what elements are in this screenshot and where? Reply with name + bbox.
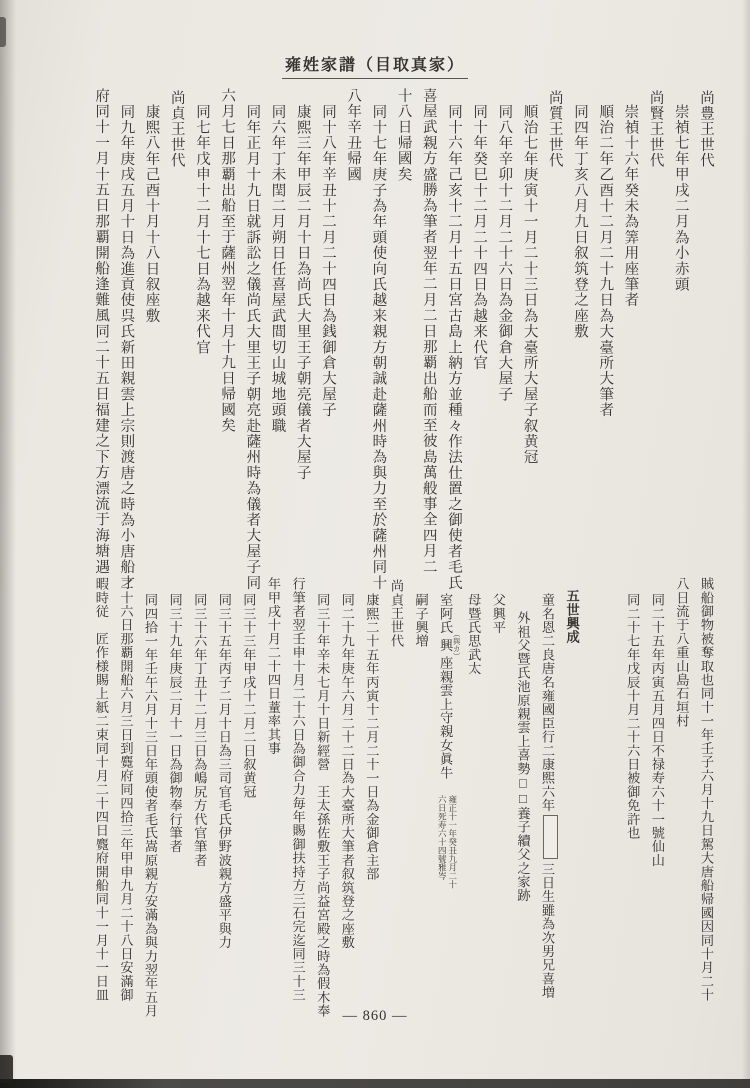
scan-shadow-right: [742, 0, 750, 1088]
era-heading: 尚貞王世代: [383, 577, 408, 1013]
text-column: 同二十七年戊辰十月二十六日被御免許也: [620, 577, 645, 1013]
text-column: 同十八年辛丑十二月二十四日為銭御倉大屋子: [315, 88, 340, 580]
scan-edge-bottom: [0, 1079, 750, 1088]
text-column: 同年正月十九日就訴訟之儀尚氏大里王子朝亮赴薩州時為儀者大屋子同: [239, 88, 264, 580]
text-column: 康煕二十五年丙寅十二月二十一日為金御倉主部: [359, 577, 384, 1013]
text-column: 十八日帰國矣: [390, 88, 415, 580]
text-column: 同十七年庚子為年頭使向氏越来親方朝誠赴薩州時為與力至於薩州同十: [365, 88, 390, 580]
text-column: 同四年丁亥八月九日叙筑登之座敷: [567, 88, 592, 580]
column-text: 童名恩二良唐名雍國臣行二康煕六年: [540, 593, 555, 812]
text-column: 康煕八年己酉十月十八日叙座敷: [138, 88, 163, 580]
text-column: 母暨氏思武太: [461, 577, 486, 1013]
warichu-line: 六日死寿六十四號雅岑: [437, 779, 448, 889]
text-column: 同十六年己亥十二月十五日宮古島上納方並種々作法仕置之御使者毛氏: [441, 88, 466, 580]
scanned-genealogy-page: 雍姓家譜（目取真家） 尚豊王世代崇禎七年甲戌二月為小赤頭尚賢王世代崇禎十六年癸未…: [0, 0, 750, 1088]
text-column: 同四拾一年壬午六月十三日年頭使者毛氏嵩原親方安滿為與力翌年五月: [137, 577, 162, 1013]
text-column: 父興平: [485, 577, 510, 1013]
text-column: 同六年丁未閏二月朔日任喜屋武間切山城地頭職: [264, 88, 289, 580]
text-column: 崇禎七年甲戌二月為小赤頭: [668, 88, 693, 580]
text-column: 順治七年庚寅十一月二十三日為大臺所大屋子叙黄冠: [516, 88, 541, 580]
genealogy-top-section: 尚豊王世代崇禎七年甲戌二月為小赤頭尚賢王世代崇禎十六年癸未為筭用座筆者順治二年乙…: [88, 88, 718, 580]
page-number: — 860 —: [0, 1008, 750, 1025]
text-column: 同七年戊申十二月十七日為越来代官: [189, 88, 214, 580]
era-heading: 尚賢王世代: [642, 88, 667, 580]
scan-smudge-topleft: [0, 17, 6, 47]
column-text: 三日生雖為次男兄喜増: [540, 862, 555, 999]
era-heading: 尚質王世代: [542, 88, 567, 580]
chapter-heading: 五世興成: [559, 577, 584, 1013]
warichu-note: 雍正十一年癸丑九月二十六日死寿六十四號雅岑: [437, 779, 458, 889]
ruby-annotation: （與カ）: [452, 630, 461, 660]
era-heading: 尚貞王世代: [164, 88, 189, 580]
text-column: 賊船御物被奪取也同十一年壬子六月十九日駕大唐船帰國因同十月二十: [693, 577, 718, 1013]
text-column: 行筆者翌壬申十月二十六日為御合力毎年賜御扶持方三石完迄同三十三: [285, 577, 310, 1013]
text-column: 同二十五年丙寅五月四日不禄寿六十一號仙山: [644, 577, 669, 1013]
text-column: 同八年辛卯十二月二十六日為金御倉大屋子: [491, 88, 516, 580]
text-column: 外祖父暨氏池原親雲上喜勢□□養子續父之家跡: [510, 577, 535, 1013]
text-column: 康煕三年甲辰二月十日為尚氏大里王子朝亮儀者大屋子: [290, 88, 315, 580]
text-column: 童名恩二良唐名雍國臣行二康煕六年三日生雖為次男兄喜増: [534, 577, 559, 1013]
page-header: 雍姓家譜（目取真家）: [0, 52, 750, 79]
text-column: 同二十九年庚午六月二十二日為大臺所大筆者叙筑登之座敷: [334, 577, 359, 1013]
scan-smudge-bottomleft: [0, 1055, 13, 1083]
text-column: 同十年癸巳十二月二十四日為越来代官: [466, 88, 491, 580]
scan-shadow-left: [0, 0, 16, 1088]
text-column: 暇時従 匠作様賜上紙二束同十月二十四日麑府開船同十一月十一日皿: [88, 577, 113, 1013]
text-column: 同三十六年丁丑十二月三日為嶋尻方代官筆者: [187, 577, 212, 1013]
text-column: 同三十五年丙子二月十日為三司官毛氏伊野波親方盛平與力: [211, 577, 236, 1013]
text-column: 嗣子興増: [408, 577, 433, 1013]
text-column: 崇禎十六年癸未為筭用座筆者: [617, 88, 642, 580]
text-column: 同三十年辛未七月十日新經營 王太孫佐敷王子尚益宮殿之時為假木奉: [310, 577, 335, 1013]
text-column: 順治二年乙酉十二月二十九日為大臺所大筆者: [592, 88, 617, 580]
warichu-line: 雍正十一年癸丑九月二十: [447, 779, 458, 889]
text-column: 喜屋武親方盛勝為筆者翌年二月二日那覇出船而至彼島萬般事全四月二: [416, 88, 441, 580]
blank-box: [543, 815, 558, 859]
text-column: 年甲戌十月二十四日蕫率其事: [260, 577, 285, 1013]
text-column: 室阿氏興（與カ）座親雲上守親女眞牛雍正十一年癸丑九月二十六日死寿六十四號雅岑: [433, 577, 461, 1013]
text-column: 八年辛丑帰國: [340, 88, 365, 580]
text-column: 八日流于八重山島石垣村: [669, 577, 694, 1013]
page-title: 雍姓家譜（目取真家）: [282, 52, 468, 79]
genealogy-bottom-section: 賊船御物被奪取也同十一年壬子六月十九日駕大唐船帰國因同十月二十八日流于八重山島石…: [88, 577, 718, 1013]
era-heading: 尚豊王世代: [693, 88, 718, 580]
text-column: 同九年庚戌五月十日為進貢使呉氏新田親雲上宗則渡唐之時為小唐船才: [113, 88, 138, 580]
column-text: 座親雲上守親女眞牛: [438, 656, 453, 779]
text-column: 府同十一月十五日那覇開船逢難風同二十五日福建之下方漂流于海塘遇: [88, 88, 113, 580]
text-column: 二十六日那覇開船六月三日到麑府同四拾三年甲申九月二十八日安滿御: [113, 577, 138, 1013]
column-text: 室阿氏: [438, 593, 453, 634]
text-column: 六月七日那覇出船至于薩州翌年十月十九日帰國矣: [214, 88, 239, 580]
text-column: 同三十九年庚辰二月十一日為御物奉行筆者: [162, 577, 187, 1013]
annotated-character: 興（與カ）: [438, 634, 453, 656]
text-column: 同三十三年甲戌十二月二日叙黄冠: [236, 577, 261, 1013]
